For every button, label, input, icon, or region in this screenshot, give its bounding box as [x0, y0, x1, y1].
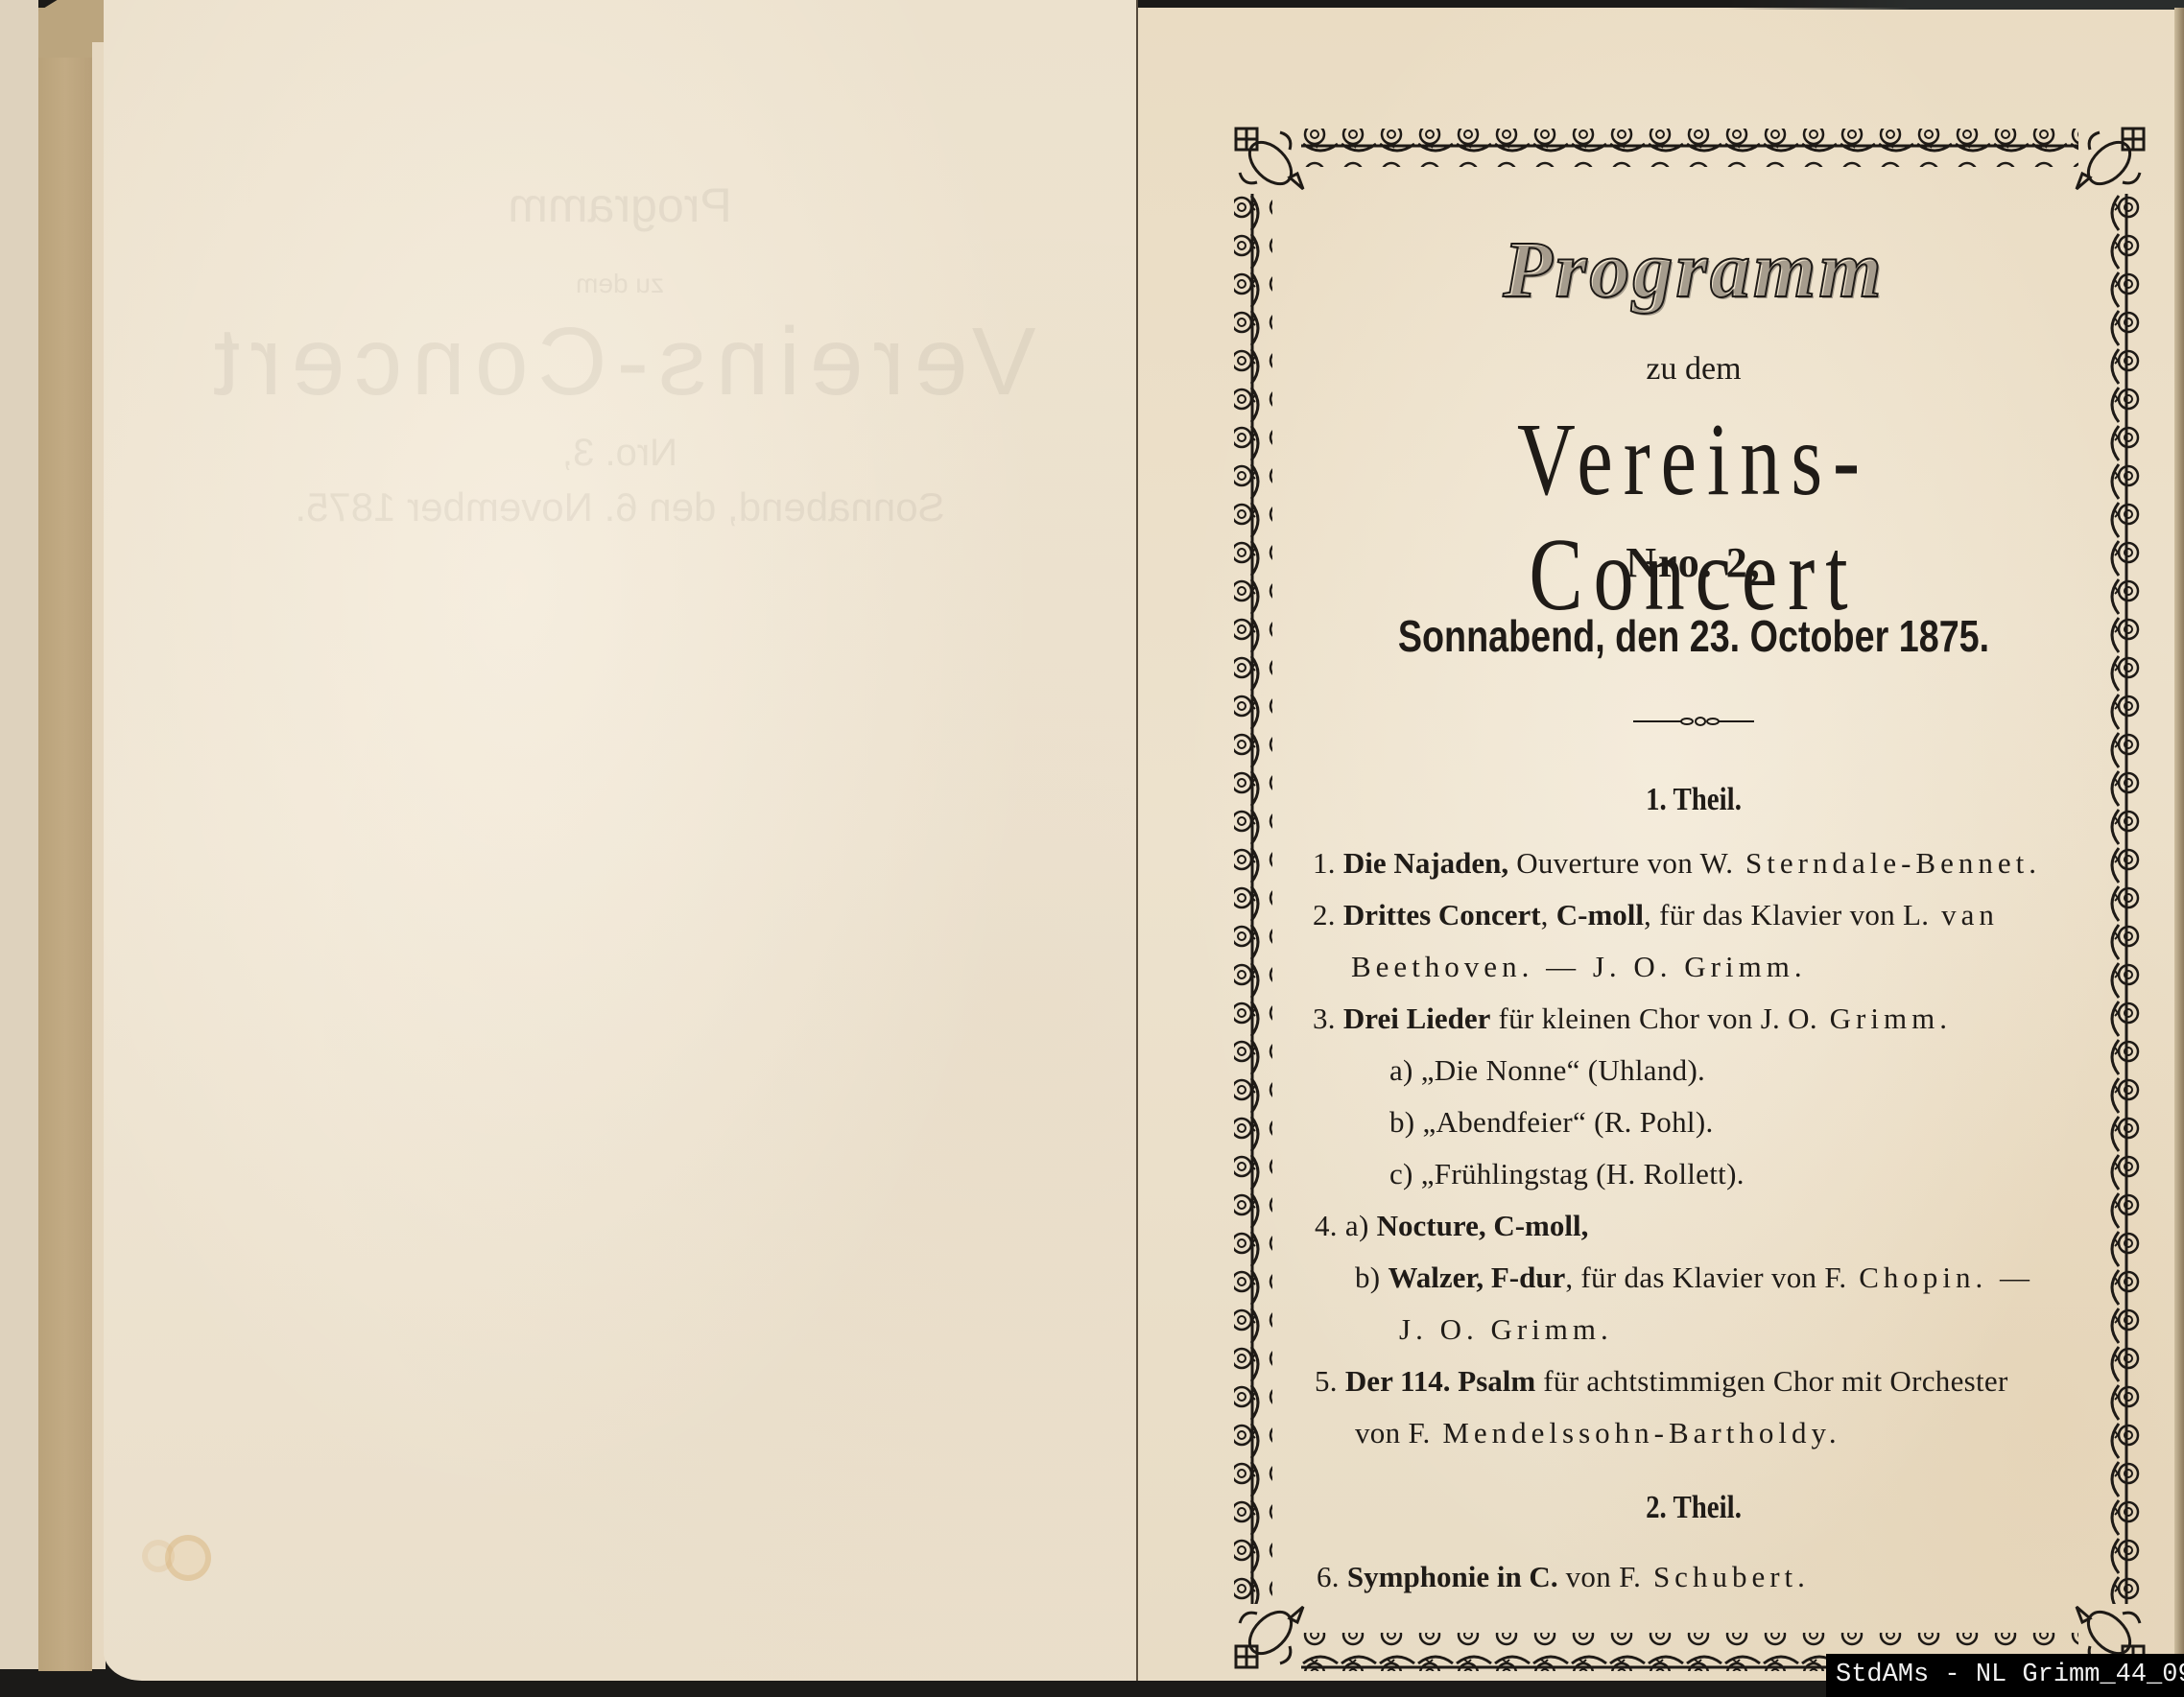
program-subitem: a) „Die Nonne“ (Uhland). — [1389, 1051, 1705, 1090]
item-number: 4. — [1315, 1209, 1338, 1242]
work-title: Symphonie in C. — [1347, 1560, 1558, 1593]
program-item: 2. Drittes Concert, C-moll, für das Klav… — [1313, 896, 1999, 934]
section-heading: 2. Theil. — [1322, 1490, 2065, 1526]
page-title: Programm — [1257, 223, 2130, 318]
concert-number: Nro. 2, — [1257, 537, 2130, 589]
show-through-text: Programm — [104, 177, 1136, 233]
work-title: Die Najaden, — [1343, 846, 1508, 880]
section-heading: 1. Theil. — [1322, 782, 2065, 818]
program-item: 6. Symphonie in C. von F. Schubert. — [1317, 1558, 1810, 1596]
foxing-stain — [142, 1540, 175, 1572]
composer: Sterndale-Bennet. — [1733, 846, 2041, 880]
program-item-continuation: von F. Mendelssohn-Bartholdy. — [1355, 1414, 1841, 1452]
item-text: von F. — [1355, 1416, 1431, 1450]
work-key: C-moll — [1556, 898, 1644, 931]
work-title: Drei Lieder — [1343, 1002, 1491, 1035]
program-item: 3. Drei Lieder für kleinen Chor von J. O… — [1313, 1000, 1952, 1038]
concert-date: Sonnabend, den 23. October 1875. — [1336, 609, 2052, 663]
show-through-text: Nro. 3, — [104, 432, 1136, 475]
subtitle: zu dem — [1257, 350, 2130, 389]
work-title: Der 114. Psalm — [1345, 1364, 1535, 1398]
page-right-edge — [2174, 8, 2184, 1681]
composer: Schubert. — [1641, 1560, 1810, 1593]
item-text: von F. — [1558, 1560, 1642, 1593]
item-text: b) — [1355, 1261, 1388, 1294]
page-top-shadow — [1727, 0, 2184, 10]
binding-strip — [38, 8, 92, 1671]
item-text: , für das Klavier von F. — [1565, 1261, 1846, 1294]
event-name: Vereins-Concert — [1353, 403, 2034, 633]
item-number: 3. — [1313, 1002, 1336, 1035]
item-number: 5. — [1315, 1364, 1338, 1398]
item-text: für achtstimmigen Chor mit Orchester — [1535, 1364, 2007, 1398]
program-subitem: b) „Abendfeier“ (R. Pohl). — [1389, 1103, 1714, 1142]
composer: Chopin. — — [1846, 1261, 2034, 1294]
item-text: a) — [1345, 1209, 1377, 1242]
item-number: 1. — [1313, 846, 1336, 880]
show-through-text: Sonnabend, den 6. November 1875. — [104, 484, 1136, 530]
item-number: 6. — [1317, 1560, 1340, 1593]
program-subitem: c) „Frühlingstag (H. Rollett). — [1389, 1155, 1745, 1193]
composer: Grimm. — [1817, 1002, 1952, 1035]
item-text: , — [1541, 898, 1556, 931]
book-edge-left — [0, 0, 38, 1669]
left-page: Programm zu dem Vereins-Concert Nro. 3, … — [104, 0, 1136, 1681]
work-title: Nocture, C-moll, — [1377, 1209, 1589, 1242]
program-item: 5. Der 114. Psalm für achtstimmigen Chor… — [1315, 1362, 2008, 1401]
archive-caption: StdAMs - NL Grimm_44_094 — [1826, 1654, 2184, 1697]
item-text: , für das Klavier von L. — [1644, 898, 1929, 931]
program-item: 1. Die Najaden, Ouverture von W. Sternda… — [1313, 844, 2041, 883]
item-text: für kleinen Chor von J. O. — [1490, 1002, 1816, 1035]
composer: van — [1929, 898, 1999, 931]
show-through-text: Vereins-Concert — [104, 307, 1136, 417]
composer: Mendelssohn-Bartholdy. — [1431, 1416, 1841, 1450]
program-item-continuation: Beethoven. — J. O. Grimm. — [1351, 948, 1807, 986]
item-text: Ouverture von W. — [1508, 846, 1733, 880]
item-number: 2. — [1313, 898, 1336, 931]
program-item: b) Walzer, F-dur, für das Klavier von F.… — [1355, 1259, 2034, 1297]
divider-ornament-icon — [1633, 717, 1754, 726]
program-item-continuation: J. O. Grimm. — [1399, 1310, 1613, 1349]
work-title: Drittes Concert — [1343, 898, 1541, 931]
program-item: 4. a) Nocture, C-moll, — [1315, 1207, 1588, 1245]
show-through-text: zu dem — [104, 269, 1136, 299]
work-title: Walzer, F-dur — [1388, 1261, 1565, 1294]
